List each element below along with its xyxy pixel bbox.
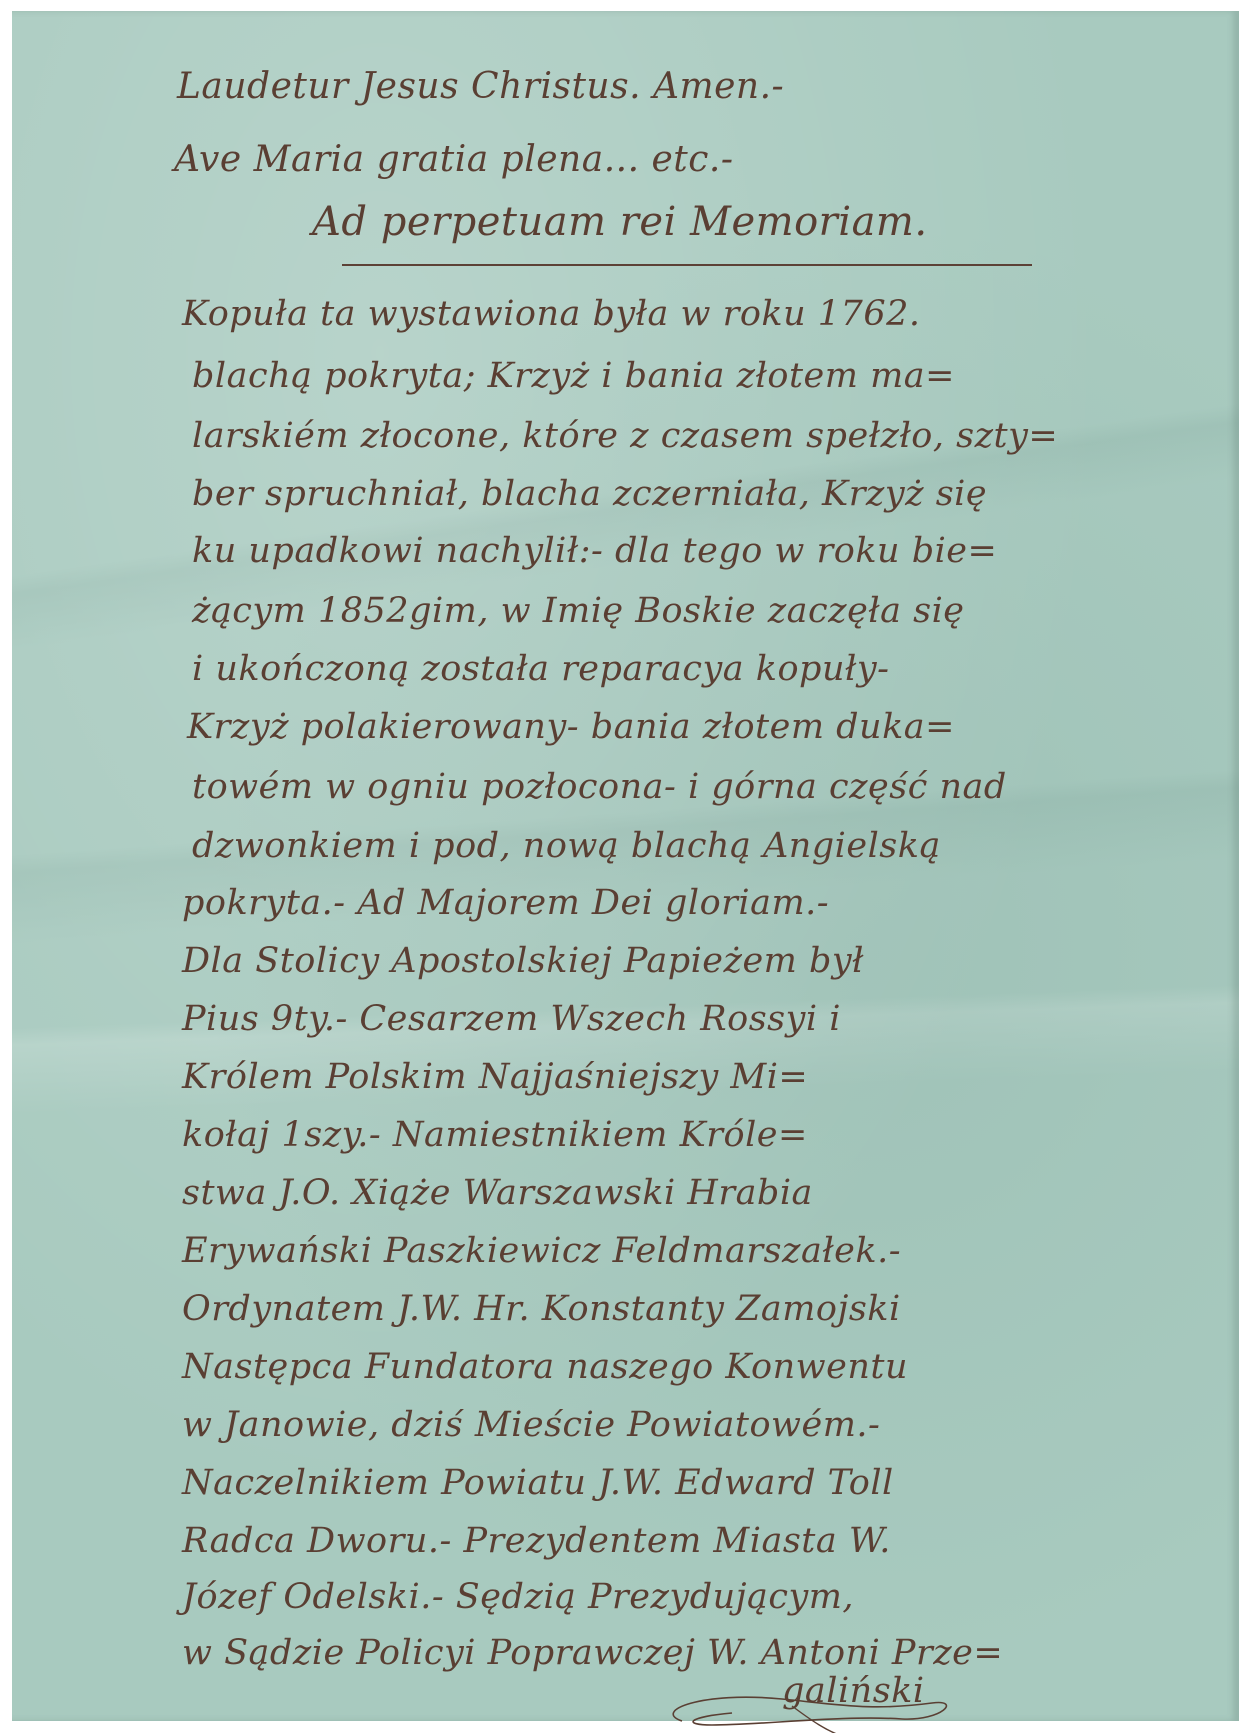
body-line-12: Dla Stolicy Apostolskiej Papieżem był xyxy=(182,941,864,981)
body-line-8: Krzyż polakierowany- bania złotem duka= xyxy=(187,707,955,747)
body-line-22: Radca Dworu.- Prezydentem Miasta W. xyxy=(182,1521,891,1561)
signature-flourish-icon xyxy=(642,1681,982,1733)
body-line-2: blachą pokryta; Krzyż i bania złotem ma= xyxy=(192,356,955,396)
body-line-20: w Janowie, dziś Mieście Powiatowém.- xyxy=(182,1405,880,1445)
invocation-line-1: Laudetur Jesus Christus. Amen.- xyxy=(177,66,784,107)
invocation-line-2: Ave Maria gratia plena... etc.- xyxy=(174,139,734,180)
body-line-5: ku upadkowi nachylił:- dla tego w roku b… xyxy=(192,531,997,571)
body-line-21: Naczelnikiem Powiatu J.W. Edward Toll xyxy=(182,1463,894,1503)
body-line-18: Ordynatem J.W. Hr. Konstanty Zamojski xyxy=(182,1289,901,1329)
title-underline xyxy=(342,264,1032,266)
document-title: Ad perpetuam rei Memoriam. xyxy=(312,199,928,245)
body-line-11: pokryta.- Ad Majorem Dei gloriam.- xyxy=(182,883,829,923)
body-line-13: Pius 9ty.- Cesarzem Wszech Rossyi i xyxy=(182,999,841,1039)
body-line-4: ber spruchniał, blacha zczerniała, Krzyż… xyxy=(192,474,987,514)
body-line-9: towém w ogniu pozłocona- i górna część n… xyxy=(192,767,1007,807)
body-line-7: i ukończoną została reparacya kopuły- xyxy=(192,649,889,689)
body-line-24: w Sądzie Policyi Poprawczej W. Antoni Pr… xyxy=(182,1633,1003,1673)
body-line-17: Erywański Paszkiewicz Feldmarszałek.- xyxy=(182,1231,901,1271)
manuscript-page: Laudetur Jesus Christus. Amen.- Ave Mari… xyxy=(12,11,1239,1721)
body-line-3: larskiém złocone, które z czasem spełzło… xyxy=(192,416,1058,456)
body-line-16: stwa J.O. Xiąże Warszawski Hrabia xyxy=(182,1173,813,1213)
body-line-1: Kopuła ta wystawiona była w roku 1762. xyxy=(182,294,920,334)
body-line-10: dzwonkiem i pod, nową blachą Angielską xyxy=(192,826,941,866)
body-line-14: Królem Polskim Najjaśniejszy Mi= xyxy=(182,1057,808,1097)
body-line-15: kołaj 1szy.- Namiestnikiem Króle= xyxy=(182,1115,808,1155)
body-line-23: Józef Odelski.- Sędzią Prezydującym, xyxy=(182,1577,854,1617)
body-line-6: żącym 1852gim, w Imię Boskie zaczęła się xyxy=(192,591,965,631)
body-line-19: Następca Fundatora naszego Konwentu xyxy=(182,1347,908,1387)
